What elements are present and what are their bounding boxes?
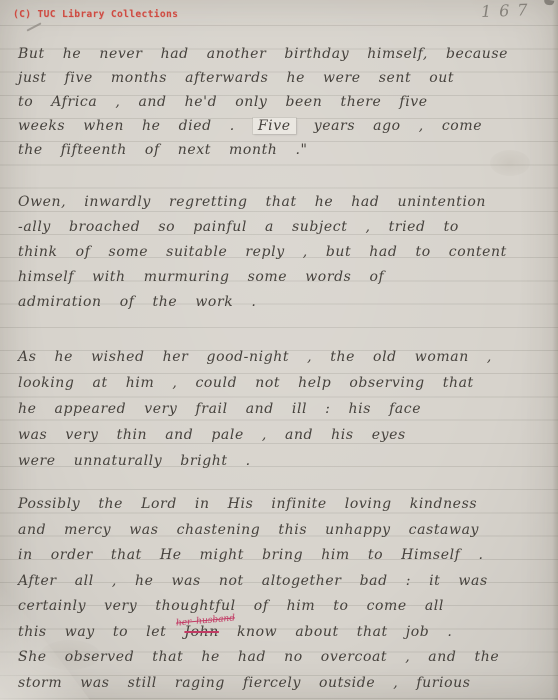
handwriting-line: looking at him , could not help observin… <box>18 370 548 396</box>
paragraph-1: But he never had another birthday himsel… <box>18 42 548 162</box>
copyright-stamp: (C) TUC Library Collections <box>13 9 178 20</box>
manuscript-page: (C) TUC Library Collections 167 But he n… <box>0 0 558 700</box>
crossed-out-word: her husbandJohn <box>184 620 218 646</box>
paragraph-2: Owen, inwardly regretting that he had un… <box>18 190 548 315</box>
handwriting-line: just five months afterwards he were sent… <box>18 66 548 90</box>
line-segment: weeks when he died . <box>18 118 235 134</box>
handwriting-line: himself with murmuring some words of <box>18 265 548 290</box>
pencil-mark <box>26 22 41 31</box>
handwriting-line: admiration of the work . <box>18 290 548 315</box>
handwriting-line: As he wished her good-night , the old wo… <box>18 344 548 370</box>
line-segment: this way to let <box>18 624 166 640</box>
paragraph-3: As he wished her good-night , the old wo… <box>18 344 548 474</box>
handwriting-line: But he never had another birthday himsel… <box>18 42 548 66</box>
handwriting-line: in order that He might bring him to Hims… <box>18 543 548 569</box>
handwriting-line: weeks when he died . Five years ago , co… <box>18 114 548 138</box>
handwriting-line: She observed that he had no overcoat , a… <box>18 645 548 671</box>
handwriting-line: to Africa , and he'd only been there fiv… <box>18 90 548 114</box>
paper-edge-shadow <box>552 0 558 700</box>
handwriting-line: certainly very thoughtful of him to come… <box>18 594 548 620</box>
handwriting-line: think of some suitable reply , but had t… <box>18 240 548 265</box>
handwriting-line: and mercy was chastening this unhappy ca… <box>18 518 548 544</box>
handwriting-line: After all , he was not altogether bad : … <box>18 569 548 595</box>
line-segment: know about that job . <box>237 624 453 640</box>
red-ink-correction: her husband <box>175 606 236 637</box>
handwriting-line: the fifteenth of next month ." <box>18 138 548 162</box>
handwriting-line: -ally broached so painful a subject , tr… <box>18 215 548 240</box>
handwriting-line: he appeared very frail and ill : his fac… <box>18 396 548 422</box>
handwriting-line: were unnaturally bright . <box>18 448 548 474</box>
handwriting-line: Owen, inwardly regretting that he had un… <box>18 190 548 215</box>
paragraph-4: Possibly the Lord in His infinite loving… <box>18 492 548 696</box>
handwriting-line: was very thin and pale , and his eyes <box>18 422 548 448</box>
line-segment: years ago , come <box>314 118 482 134</box>
handwriting-line: this way to let her husbandJohn know abo… <box>18 620 548 646</box>
page-number: 167 <box>481 0 536 21</box>
handwriting-line: Possibly the Lord in His infinite loving… <box>18 492 548 518</box>
correction-patch: Five <box>253 118 296 134</box>
handwriting-line: storm was still raging fiercely outside … <box>18 671 548 697</box>
